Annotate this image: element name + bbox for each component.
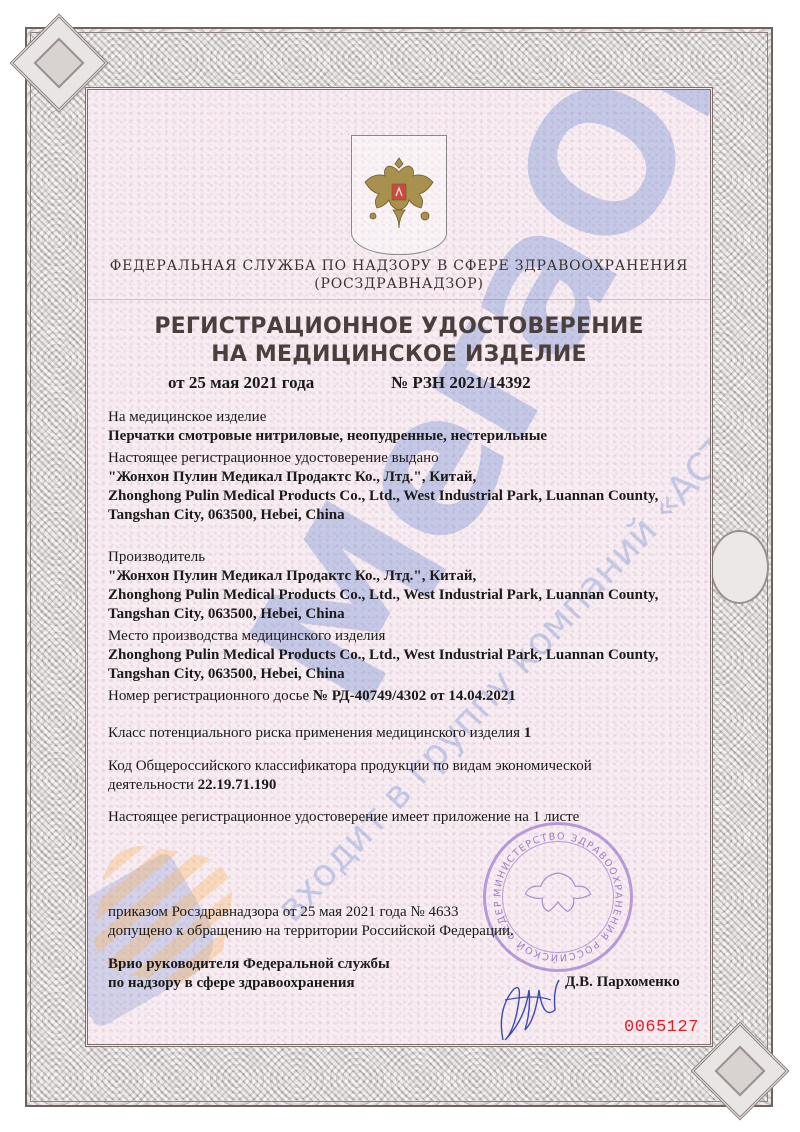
serial-number: 0065127 [624,1018,699,1037]
production-site-section: Место производства медицинского изделия … [108,627,708,684]
svg-text:МИНИСТЕРСТВО ЗДРАВООХРАНЕНИЯ Р: МИНИСТЕРСТВО ЗДРАВООХРАНЕНИЯ РОССИЙСКОЙ … [486,825,624,964]
signer-title: Врио руководителя Федеральной службы по … [108,955,390,993]
issued-to-label: Настоящее регистрационное удостоверение … [108,449,708,468]
okpd-label: Код Общероссийского классификатора проду… [108,757,708,776]
manufacturer-line: Zhonghong Pulin Medical Products Co., Lt… [108,586,708,605]
dossier-value: № РД-40749/4302 от 14.04.2021 [313,688,516,704]
production-site-line: Tangshan City, 063500, Hebei, China [108,665,708,684]
okpd-label-cont: деятельности [108,777,194,793]
order-line: приказом Росздравнадзора от 25 мая 2021 … [108,903,708,922]
russian-coat-of-arms-icon [351,135,447,255]
issue-date: от 25 мая 2021 года [168,373,314,393]
manufacturer-line: Tangshan City, 063500, Hebei, China [108,605,708,624]
okpd-section: Код Общероссийского классификатора проду… [108,757,708,795]
device-name: Перчатки смотровые нитриловые, неопудрен… [108,427,708,446]
manufacturer-label: Производитель [108,548,708,567]
certificate-number: № РЗН 2021/14392 [391,373,531,393]
risk-class-value: 1 [524,725,532,741]
manufacturer-section: Производитель "Жонхон Пулин Медикал Прод… [108,548,708,624]
order-section: приказом Росздравнадзора от 25 мая 2021 … [108,903,708,941]
signer-title-line: Врио руководителя Федеральной службы [108,955,390,974]
signer-name: Д.В. Пархоменко [565,974,680,991]
device-section: На медицинское изделие Перчатки смотровы… [108,408,708,446]
risk-class-label: Класс потенциального риска применения ме… [108,725,520,741]
header-divider [88,299,710,300]
risk-class-section: Класс потенциального риска применения ме… [108,724,708,743]
production-site-label: Место производства медицинского изделия [108,627,708,646]
side-ornament-icon [710,530,769,604]
agency-name: ФЕДЕРАЛЬНАЯ СЛУЖБА ПО НАДЗОРУ В СФЕРЕ ЗД… [88,258,710,274]
issued-to-line: Zhonghong Pulin Medical Products Co., Lt… [108,487,708,506]
manufacturer-line: "Жонхон Пулин Медикал Продактс Ко., Лтд.… [108,567,708,586]
signer-title-line: по надзору в сфере здравоохранения [108,974,390,993]
certificate-body: МегаОПТ входит в группу компаний «АСТ Ме… [85,87,713,1047]
dossier-label: Номер регистрационного досье [108,688,309,704]
document-title: РЕГИСТРАЦИОННОЕ УДОСТОВЕРЕНИЕ [88,314,710,339]
device-label: На медицинское изделие [108,408,708,427]
stamp-text: МИНИСТЕРСТВО ЗДРАВООХРАНЕНИЯ РОССИЙСКОЙ … [486,825,624,964]
production-site-line: Zhonghong Pulin Medical Products Co., Lt… [108,646,708,665]
issued-to-line: "Жонхон Пулин Медикал Продактс Ко., Лтд.… [108,468,708,487]
agency-abbreviation: (РОСЗДРАВНАДЗОР) [88,276,710,292]
issued-to-line: Tangshan City, 063500, Hebei, China [108,506,708,525]
okpd-code: 22.19.71.190 [198,777,277,793]
issued-to-section: Настоящее регистрационное удостоверение … [108,449,708,525]
document-subtitle: НА МЕДИЦИНСКОЕ ИЗДЕЛИЕ [88,342,710,367]
official-stamp-icon: МИНИСТЕРСТВО ЗДРАВООХРАНЕНИЯ РОССИЙСКОЙ … [483,822,633,972]
order-line: допущено к обращению на территории Росси… [108,922,708,941]
dossier-section: Номер регистрационного досье № РД-40749/… [108,687,708,706]
